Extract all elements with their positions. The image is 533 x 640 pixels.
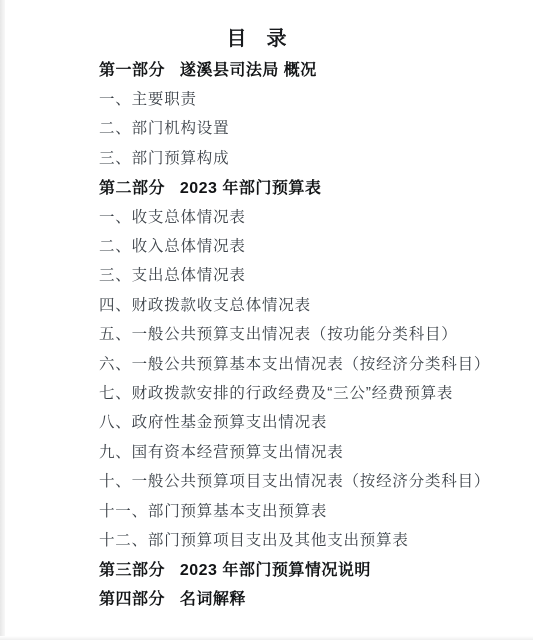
toc-entry: 第三部分 2023 年部门预算情况说明 bbox=[99, 554, 533, 583]
toc-entry: 第一部分 遂溪县司法局 概况 bbox=[99, 54, 533, 83]
toc-entry: 四、财政拨款收支总体情况表 bbox=[99, 289, 533, 318]
toc-entry: 八、政府性基金预算支出情况表 bbox=[99, 407, 533, 436]
page-title: 目 录 bbox=[0, 22, 516, 51]
toc-entry: 七、财政拨款安排的行政经费及“三公”经费预算表 bbox=[99, 377, 533, 406]
scan-edge-bottom bbox=[0, 636, 533, 640]
toc-entry: 一、主要职责 bbox=[99, 83, 533, 112]
toc-entry: 二、部门机构设置 bbox=[99, 113, 533, 142]
toc-entry: 一、收支总体情况表 bbox=[99, 201, 533, 230]
toc-entry: 二、收入总体情况表 bbox=[99, 230, 533, 259]
toc-page: 目 录 第一部分 遂溪县司法局 概况一、主要职责二、部门机构设置三、部门预算构成… bbox=[0, 0, 533, 612]
toc-entry: 六、一般公共预算基本支出情况表（按经济分类科目） bbox=[99, 348, 533, 377]
toc-entry: 九、国有资本经营预算支出情况表 bbox=[99, 436, 533, 465]
toc-entry: 十二、部门预算项目支出及其他支出预算表 bbox=[99, 524, 533, 553]
toc-entry: 三、支出总体情况表 bbox=[99, 260, 533, 289]
toc-entry: 第二部分 2023 年部门预算表 bbox=[99, 172, 533, 201]
toc-entry: 十、一般公共预算项目支出情况表（按经济分类科目） bbox=[99, 465, 533, 494]
toc-entry: 五、一般公共预算支出情况表（按功能分类科目） bbox=[99, 319, 533, 348]
toc-entry: 第四部分 名词解释 bbox=[99, 583, 533, 612]
toc-entry: 十一、部门预算基本支出预算表 bbox=[99, 495, 533, 524]
toc-list: 第一部分 遂溪县司法局 概况一、主要职责二、部门机构设置三、部门预算构成第二部分… bbox=[0, 54, 533, 612]
toc-entry: 三、部门预算构成 bbox=[99, 142, 533, 171]
